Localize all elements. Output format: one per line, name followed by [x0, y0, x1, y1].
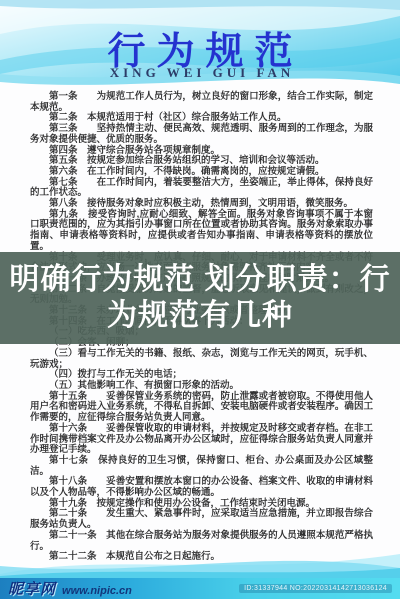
article-line: 第一条 为规范工作人员行为，树立良好的窗口形象，结合工作实际，制定本规范。 — [30, 92, 373, 113]
article-line: 第九条 接受咨询时,应耐心细致、解答全面。服务对象咨询事项不属于本窗口职责范围的… — [30, 210, 373, 253]
article-line: 第七条 在工作时间内，着装要整洁大方，坐姿端正，举止得体，保持良好的工作状态。 — [30, 178, 373, 199]
caption-overlay: 明确行为规范 划分职责：行 为规范有几种 — [0, 252, 400, 344]
article-line: 第十六条 妥善保管收取的申请材料，并按规定及时移交或者存档。在非工作时间携带档案… — [30, 424, 373, 456]
site-logo: 昵享网 — [8, 578, 56, 599]
article-line: 第十五条 妥善保管业务系统的密码，防止泄露或者被窃取。不得使用他人用户名和密码进… — [30, 392, 373, 424]
article-line: 第二十条 发生重大、紧急事件时，应采取适当应急措施，并立即报告综合服务站负责人。 — [30, 509, 373, 530]
article-line: 第十八条 妥善安置和摆放本窗口的办公设备、档案文件、收取的申请材料以及个人物品等… — [30, 477, 373, 498]
article-line: 第十七条 保持良好的卫生习惯，保持窗口、柜台、办公桌面及办公区域整洁。 — [30, 456, 373, 477]
article-line: 第二十二条 本规范自公布之日起施行。 — [30, 552, 373, 563]
site-url: www.nipic.cn — [62, 585, 132, 597]
page-subtitle: XING WEI GUI FAN — [0, 65, 400, 81]
code-of-conduct-poster: 行为规范 XING WEI GUI FAN 第一条 为规范工作人员行为，树立良好… — [0, 0, 400, 599]
image-id-badge: ID:31337944 NO:20220314142713036124 — [239, 584, 392, 593]
caption-line-1: 明确行为规范 划分职责：行 — [9, 262, 390, 298]
article-line: 第三条 坚持热情主动、便民高效、规范透明、服务周到的工作理念，为服务对象提供便捷… — [30, 124, 373, 145]
caption-line-2: 为规范有几种 — [107, 298, 293, 334]
article-line: 第二十一条 其他在综合服务站为服务对象提供服务的人员遵照本规范严格执行。 — [30, 531, 373, 552]
site-watermark: 昵享网 www.nipic.cn — [8, 578, 132, 599]
article-list-item: （三）看与工作无关的书籍、报纸、杂志，浏览与工作无关的网页，玩手机、玩游戏； — [30, 349, 373, 370]
footer-bar: 昵享网 www.nipic.cn ID:31337944 NO:20220314… — [0, 578, 400, 599]
